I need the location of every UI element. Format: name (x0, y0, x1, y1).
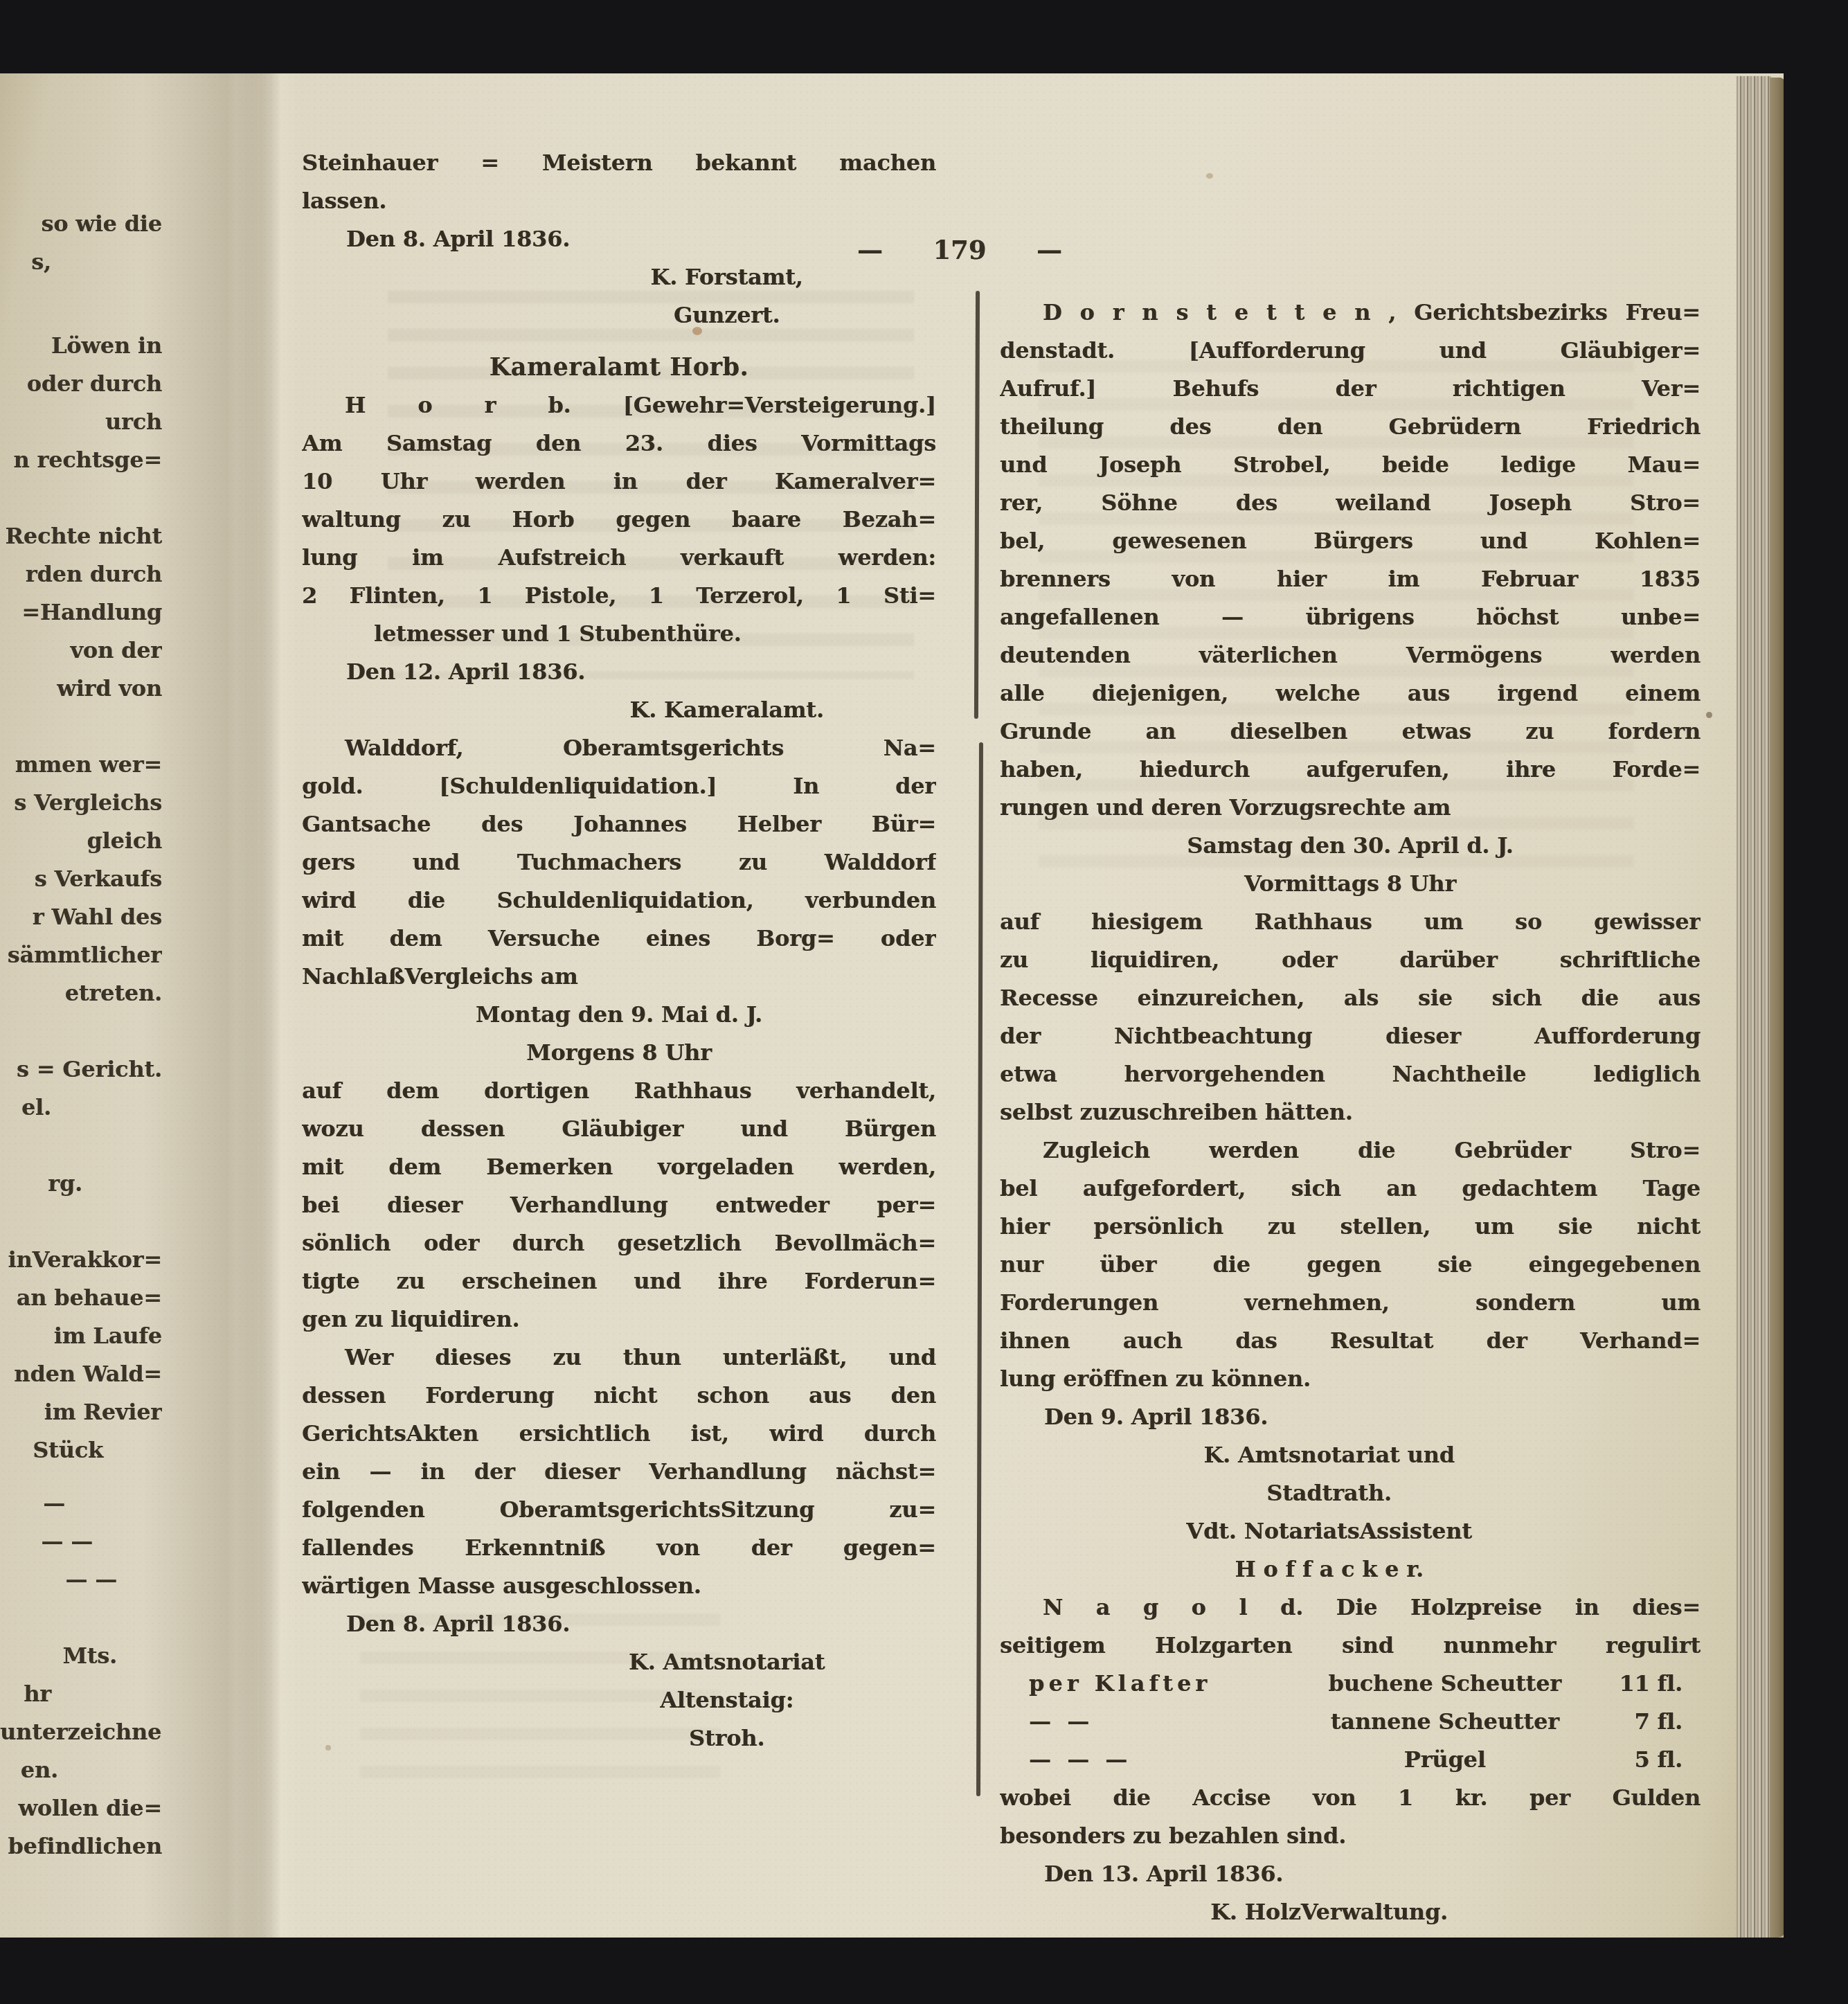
fragment-group: rg. (0, 1165, 162, 1203)
header-dash-right: — (1037, 235, 1062, 265)
price-row-amount: 5 fl. (1599, 1741, 1683, 1779)
text-line: besonders zu bezahlen sind. (1000, 1817, 1701, 1855)
text-line: nur über die gegen sie eingegebenen (1000, 1246, 1701, 1284)
price-row-label: Prügel (1291, 1741, 1599, 1779)
text-line: der Nichtbeachtung dieser Aufforderung (1000, 1017, 1701, 1055)
text-line: Gantsache des Johannes Helber Bür= (302, 805, 936, 843)
fragment-group: inVerakkor=an behaue=im Laufenden Wald=i… (0, 1241, 162, 1469)
cut-off-text-line: wird von (0, 670, 162, 708)
text-line: ihnen auch das Resultat der Verhand= (1000, 1322, 1701, 1360)
page-stack-edge (1737, 76, 1771, 1938)
text-line: alle diejenigen, welche aus irgend einem (1000, 674, 1701, 713)
cut-off-text-line: so wie die (0, 205, 162, 243)
text-line: auf dem dortigen Rathhaus verhandelt, (302, 1072, 936, 1110)
price-row-prefix: — — — (1029, 1741, 1291, 1779)
text-line: gen zu liquidiren. (302, 1300, 936, 1339)
text-line: rer, Söhne des weiland Joseph Stro= (1000, 484, 1701, 522)
text-line: 2 Flinten, 1 Pistole, 1 Terzerol, 1 Sti= (302, 577, 936, 615)
text-line: letmesser und 1 Stubenthüre. (302, 615, 936, 653)
text-line: Steinhauer = Meistern bekannt machen (302, 144, 936, 182)
text-line: theilung des den Gebrüdern Friedrich (1000, 408, 1701, 446)
cut-off-text-line: s Vergleichs (0, 784, 162, 822)
text-line: fallendes Erkenntniß von der gegen= (302, 1529, 936, 1567)
text-line: rungen und deren Vorzugsrechte am (1000, 789, 1701, 827)
fragment-group: s = Gericht.el. (0, 1050, 162, 1127)
paper-speck (1706, 712, 1712, 718)
cut-off-text-line: Mts. (0, 1637, 162, 1675)
text-line: Forderungen vernehmen, sondern um (1000, 1284, 1701, 1322)
text-line: haben, hiedurch aufgerufen, ihre Forde= (1000, 751, 1701, 789)
book-scan-photo: { "scan": { "page_number": "179", "heade… (0, 0, 1848, 2004)
gutter-crease (235, 73, 299, 1938)
signature-line: K. Amtsnotariat und (1084, 1436, 1574, 1474)
signature-line: Stroh. (517, 1719, 936, 1757)
text-column-right: D o r n s t e t t e n , Gerichtsbezirks … (1000, 294, 1701, 1931)
cut-off-text-line: r Wahl des (0, 898, 162, 936)
cut-off-text-line: Stück (0, 1431, 162, 1469)
paper-speck (1206, 173, 1213, 179)
text-line: tigte zu erscheinen und ihre Forderun= (302, 1262, 936, 1300)
text-column-left: Steinhauer = Meistern bekannt machenlass… (302, 144, 936, 1757)
cut-off-text-line: mmen wer= (0, 746, 162, 784)
text-line: Aufruf.] Behufs der richtigen Ver= (1000, 370, 1701, 408)
cut-off-text-line: gleich bevor= (0, 822, 162, 860)
paper-speck (692, 327, 702, 335)
price-row: — —tannene Scheutter7 fl. (1000, 1703, 1701, 1741)
text-line: etwa hervorgehenden Nachtheile lediglich (1000, 1055, 1701, 1093)
cut-off-text-line: inVerakkor= (0, 1241, 162, 1279)
cut-off-text-line: en. (0, 1751, 162, 1789)
price-row-label: buchene Scheutter (1291, 1665, 1599, 1703)
cut-off-text-line: Löwen in (0, 327, 162, 365)
price-row-prefix: per Klafter (1029, 1665, 1291, 1703)
text-line: ein — in der dieser Verhandlung nächst= (302, 1453, 936, 1491)
signature-line: Vdt. NotariatsAssistent (1084, 1512, 1574, 1550)
text-line: und Joseph Strobel, beide ledige Mau= (1000, 446, 1701, 484)
cut-off-text-line: im Revier (0, 1393, 162, 1431)
text-line: gold. [Schuldenliquidation.] In der (302, 767, 936, 805)
text-line: angefallenen — übrigens höchst unbe= (1000, 598, 1701, 636)
cut-off-text-line: oder durch (0, 365, 162, 403)
signature-block: K. Kameralamt. (517, 691, 936, 729)
cut-off-text-line: von der (0, 632, 162, 670)
fragment-group: Mts.hrunterzeichne=en.wollen die=befindl… (0, 1637, 162, 1866)
scan-background-right (1784, 0, 1848, 2004)
text-line: seitigem Holzgarten sind nunmehr regulir… (1000, 1627, 1701, 1665)
previous-page-text-fragments: so wie dies,Löwen inoder durchurch schri… (0, 205, 162, 1866)
signature-line: Altenstaig: (517, 1681, 936, 1719)
text-line: zu liquidiren, oder darüber schriftliche (1000, 941, 1701, 979)
text-line: gers und Tuchmachers zu Walddorf (302, 843, 936, 882)
section-heading: Kameralamt Horb. (302, 348, 936, 386)
text-line: denstadt. [Aufforderung und Gläubiger= (1000, 332, 1701, 370)
cut-off-text-line: n rechtsge= (0, 441, 162, 479)
text-line: Morgens 8 Uhr (302, 1034, 936, 1072)
text-line: wird die Schuldenliquidation, verbunden (302, 882, 936, 920)
signature-line: H o f f a c k e r. (1084, 1550, 1574, 1589)
cut-off-text-line: befindlichen (0, 1827, 162, 1866)
text-line: Zugleich werden die Gebrüder Stro= (1000, 1131, 1701, 1170)
date-line: Den 8. April 1836. (302, 220, 936, 258)
text-line: wobei die Accise von 1 kr. per Gulden (1000, 1779, 1701, 1817)
cut-off-text-line: s Verkaufs (0, 860, 162, 898)
text-line: Grunde an dieselben etwas zu fordern (1000, 713, 1701, 751)
price-row: — — —Prügel5 fl. (1000, 1741, 1701, 1779)
cut-off-text-line: rg. (0, 1165, 162, 1203)
text-line: bei dieser Verhandlung entweder per= (302, 1186, 936, 1224)
cut-off-text-line: sämmtlicher (0, 936, 162, 974)
signature-line: K. Forstamt, (517, 258, 936, 296)
cut-off-text-line: el. (0, 1089, 162, 1127)
cut-off-text-line: s, (0, 243, 162, 281)
page-stack-outer-edge (1770, 78, 1785, 1938)
text-line: mit dem Versuche eines Borg= oder (302, 920, 936, 958)
cut-off-text-line: urch schrift= (0, 403, 162, 441)
fragment-group: so wie dies, (0, 205, 162, 281)
signature-line: K. Kameralamt. (517, 691, 936, 729)
text-line: 10 Uhr werden in der Kameralver= (302, 463, 936, 501)
scan-background-top (0, 0, 1848, 73)
fragment-group: —— —— — (0, 1485, 162, 1599)
cut-off-text-line: — (0, 1485, 162, 1523)
text-line: dessen Forderung nicht schon aus den (302, 1377, 936, 1415)
signature-line: K. HolzVerwaltung. (1084, 1893, 1574, 1931)
price-row: per Klafterbuchene Scheutter11 fl. (1000, 1665, 1701, 1703)
price-row-amount: 7 fl. (1599, 1703, 1683, 1741)
text-line: mit dem Bemerken vorgeladen werden, (302, 1148, 936, 1186)
signature-block: K. HolzVerwaltung. (1084, 1893, 1574, 1931)
cut-off-text-line: im Laufe (0, 1317, 162, 1355)
cut-off-text-line: rden durch (0, 555, 162, 593)
text-line: wozu dessen Gläubiger und Bürgen (302, 1110, 936, 1148)
cut-off-text-line: nden Wald= (0, 1355, 162, 1393)
text-line: Montag den 9. Mai d. J. (302, 996, 936, 1034)
text-line: Walddorf, Oberamtsgerichts Na= (302, 729, 936, 767)
text-line: NachlaßVergleichs am (302, 958, 936, 996)
text-line: lung im Aufstreich verkauft werden: (302, 539, 936, 577)
text-line: folgenden OberamtsgerichtsSitzung zu= (302, 1491, 936, 1529)
paper-speck (325, 1745, 331, 1751)
page-number: 179 (933, 235, 986, 265)
fragment-group: Löwen inoder durchurch schrift=n rechtsg… (0, 327, 162, 479)
cut-off-text-line: unterzeichne= (0, 1713, 162, 1751)
text-line: N a g o l d. Die Holzpreise in dies= (1000, 1589, 1701, 1627)
text-line: brenners von hier im Februar 1835 (1000, 560, 1701, 598)
text-line: lassen. (302, 182, 936, 220)
cut-off-text-line: wollen die= (0, 1789, 162, 1827)
text-line: hier persönlich zu stellen, um sie nicht (1000, 1208, 1701, 1246)
text-line: Vormittags 8 Uhr (1000, 865, 1701, 903)
text-line: Recesse einzureichen, als sie sich die a… (1000, 979, 1701, 1017)
signature-line: Gunzert. (517, 296, 936, 334)
text-line: H o r b. [Gewehr=Versteigerung.] (302, 386, 936, 424)
text-line: GerichtsAkten ersichtlich ist, wird durc… (302, 1415, 936, 1453)
text-line: deutenden väterlichen Vermögens werden (1000, 636, 1701, 674)
signature-block: K. Forstamt,Gunzert. (517, 258, 936, 334)
fragment-group: Rechte nichtrden durch=Handlungvon derwi… (0, 517, 162, 708)
cut-off-text-line: s = Gericht. (0, 1050, 162, 1089)
text-line: Samstag den 30. April d. J. (1000, 827, 1701, 865)
text-line: bel, gewesenen Bürgers und Kohlen= (1000, 522, 1701, 560)
scan-background-bottom (0, 1938, 1848, 2004)
price-row-label: tannene Scheutter (1291, 1703, 1599, 1741)
text-line: auf hiesigem Rathhaus um so gewisser (1000, 903, 1701, 941)
text-line: selbst zuzuschreiben hätten. (1000, 1093, 1701, 1131)
date-line: Den 9. April 1836. (1000, 1398, 1701, 1436)
cut-off-text-line: etreten. (0, 974, 162, 1012)
text-line: Am Samstag den 23. dies Vormittags (302, 424, 936, 463)
text-line: lung eröffnen zu können. (1000, 1360, 1701, 1398)
price-row-amount: 11 fl. (1599, 1665, 1683, 1703)
fragment-group: mmen wer=s Vergleichsgleich bevor=s Verk… (0, 746, 162, 1012)
cut-off-text-line: =Handlung (0, 593, 162, 632)
signature-block: K. Amtsnotariat undStadtrath.Vdt. Notari… (1084, 1436, 1574, 1589)
cut-off-text-line: Rechte nicht (0, 517, 162, 555)
text-line: waltung zu Horb gegen baare Bezah= (302, 501, 936, 539)
text-line: bel aufgefordert, sich an gedachtem Tage (1000, 1170, 1701, 1208)
price-row-prefix: — — (1029, 1703, 1291, 1741)
signature-line: Stadtrath. (1084, 1474, 1574, 1512)
text-line: Wer dieses zu thun unterläßt, und (302, 1339, 936, 1377)
cut-off-text-line: — — (0, 1523, 162, 1561)
signature-block: K. AmtsnotariatAltenstaig:Stroh. (517, 1643, 936, 1757)
cut-off-text-line: hr (0, 1675, 162, 1713)
text-line: D o r n s t e t t e n , Gerichtsbezirks … (1000, 294, 1701, 332)
cut-off-text-line: — — (0, 1561, 162, 1599)
text-line: sönlich oder durch gesetzlich Bevollmäch… (302, 1224, 936, 1262)
text-line: wärtigen Masse ausgeschlossen. (302, 1567, 936, 1605)
date-line: Den 12. April 1836. (302, 653, 936, 691)
signature-line: K. Amtsnotariat (517, 1643, 936, 1681)
date-line: Den 13. April 1836. (1000, 1855, 1701, 1893)
cut-off-text-line: an behaue= (0, 1279, 162, 1317)
date-line: Den 8. April 1836. (302, 1605, 936, 1643)
